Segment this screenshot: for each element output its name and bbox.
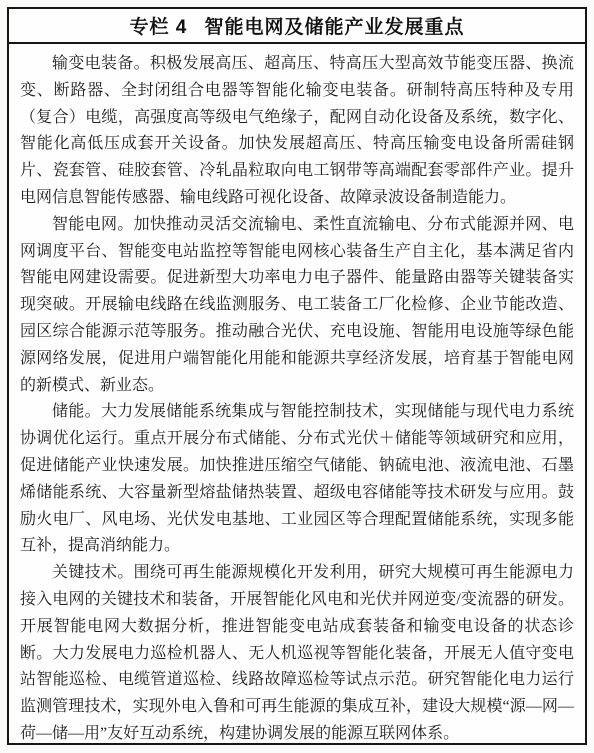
- paragraph-smart-grid: 智能电网。加快推动灵活交流输电、柔性直流输电、分布式能源并网、电网调度平台、智能…: [20, 212, 574, 400]
- paragraph-transmission-equipment: 输变电装备。积极发展高压、超高压、特高压大型高效节能变压器、换流变、断路器、全封…: [20, 51, 574, 212]
- column-title: 智能电网及储能产业发展重点: [204, 12, 464, 39]
- column-box: 专栏 4 智能电网及储能产业发展重点 输变电装备。积极发展高压、超高压、特高压大…: [7, 7, 587, 745]
- column-number-label: 专栏 4: [130, 12, 188, 39]
- column-body: 输变电装备。积极发展高压、超高压、特高压大型高效节能变压器、换流变、断路器、全封…: [9, 44, 585, 748]
- document-page: 专栏 4 智能电网及储能产业发展重点 输变电装备。积极发展高压、超高压、特高压大…: [0, 0, 594, 753]
- paragraph-energy-storage: 储能。大力发展储能系统集成与智能控制技术，实现储能与现代电力系统协调优化运行。重…: [20, 399, 574, 560]
- column-header: 专栏 4 智能电网及储能产业发展重点: [9, 9, 585, 44]
- paragraph-key-technologies: 关键技术。围绕可再生能源规模化开发利用，研究大规模可再生能源电力接入电网的关键技…: [20, 560, 574, 748]
